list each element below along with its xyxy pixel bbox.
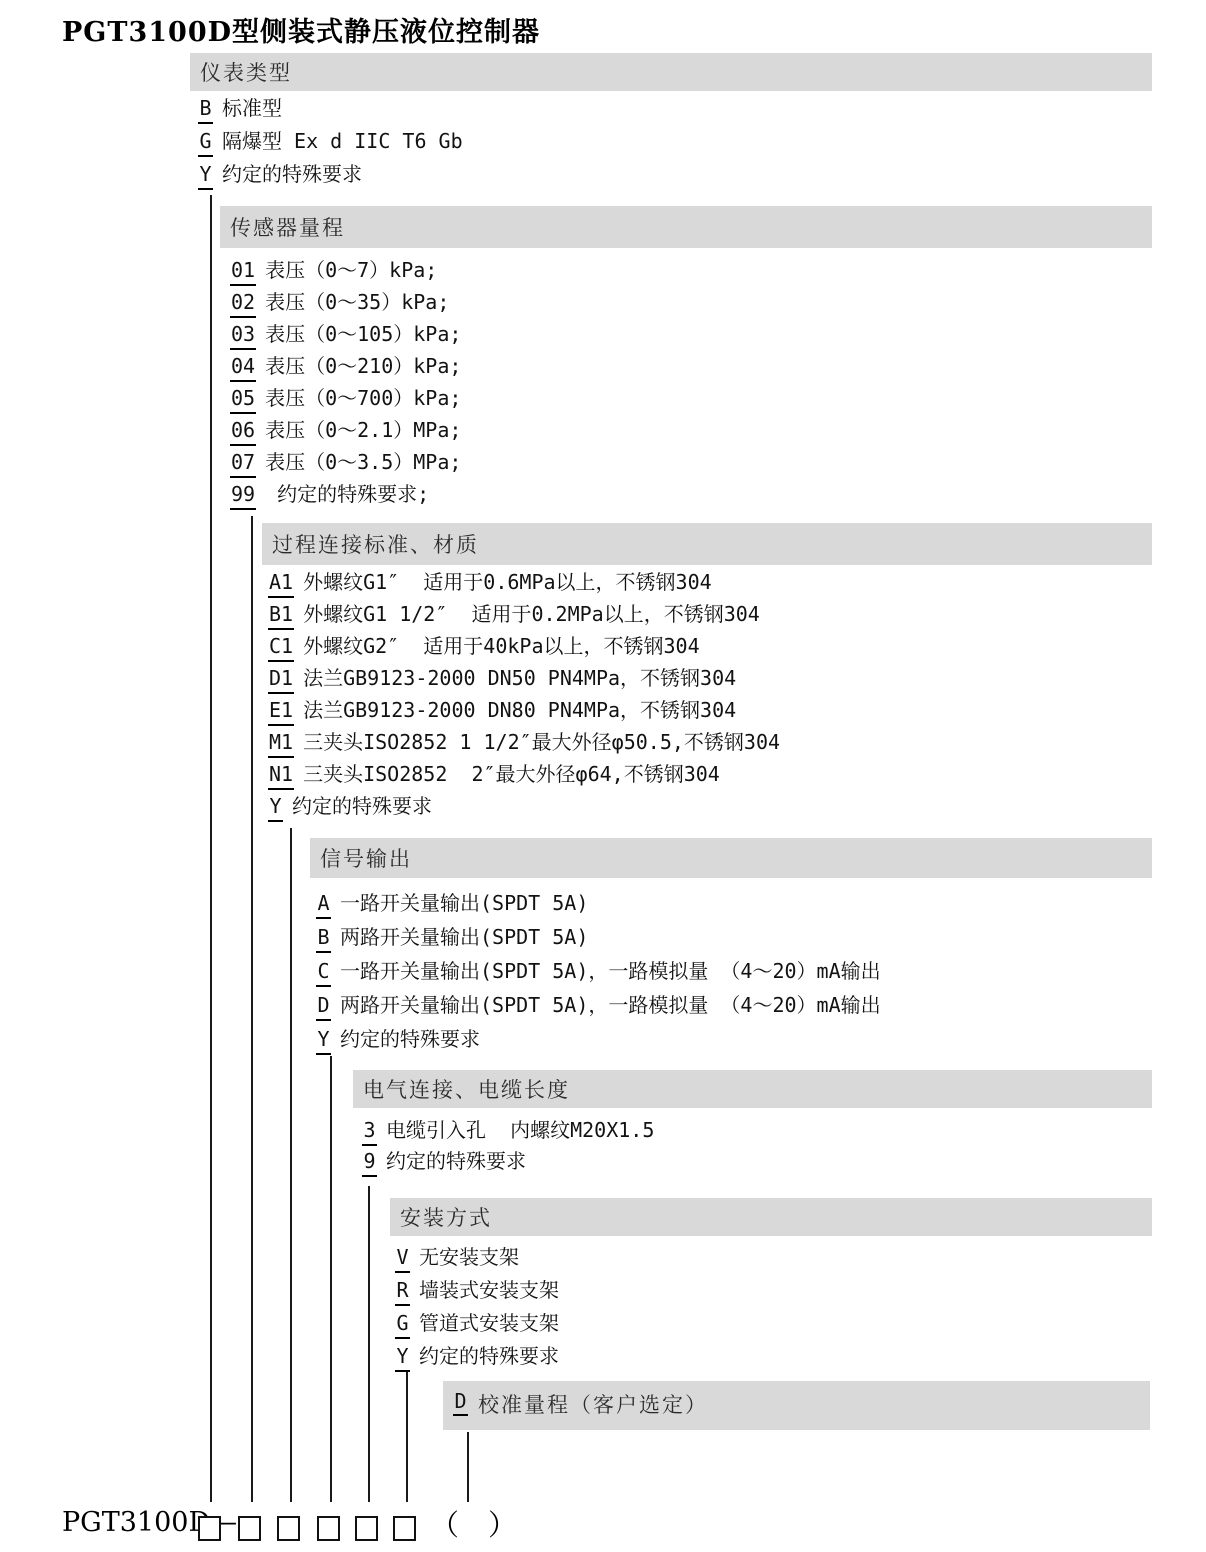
option-row: 9约定的特殊要求: [362, 1149, 654, 1180]
option-desc: 约定的特殊要求: [340, 1027, 480, 1051]
option-row: Y约定的特殊要求: [316, 1027, 881, 1061]
option-code: 06: [230, 418, 256, 446]
option-desc: 三夹头ISO2852 2″最大外径φ64,不锈钢304: [303, 762, 720, 786]
page-title: PGT3100D型侧装式静压液位控制器: [62, 10, 540, 49]
option-code: G: [395, 1311, 410, 1339]
option-list: 3电缆引入孔 内螺纹M20X1.59约定的特殊要求: [362, 1118, 654, 1180]
option-code: Y: [268, 794, 283, 822]
option-list: B标准型G隔爆型 Ex d IIC T6 GbY约定的特殊要求: [198, 96, 463, 195]
option-code: D1: [268, 666, 294, 694]
option-row: A1外螺纹G1″ 适用于0.6MPa以上，不锈钢304: [268, 570, 780, 602]
option-desc: 三夹头ISO2852 1 1/2″最大外径φ50.5,不锈钢304: [303, 730, 780, 754]
section-header-code: D: [453, 1389, 468, 1416]
option-row: D1法兰GB9123-2000 DN50 PN4MPa，不锈钢304: [268, 666, 780, 698]
option-code: C: [316, 959, 331, 987]
option-desc: 约定的特殊要求: [419, 1344, 559, 1368]
option-code: 03: [230, 322, 256, 350]
option-list: A1外螺纹G1″ 适用于0.6MPa以上，不锈钢304B1外螺纹G1 1/2″ …: [268, 570, 780, 826]
option-row: G隔爆型 Ex d IIC T6 Gb: [198, 129, 463, 162]
option-row: C1外螺纹G2″ 适用于40kPa以上，不锈钢304: [268, 634, 780, 666]
option-desc: 表压（0～35）kPa;: [265, 290, 449, 314]
option-code: A1: [268, 570, 294, 598]
section-header-label: 电气连接、电缆长度: [363, 1074, 570, 1104]
option-desc: 墙装式安装支架: [419, 1278, 559, 1302]
section-header-bar: 安装方式: [390, 1198, 1152, 1236]
option-code: D: [316, 993, 331, 1021]
option-desc: 约定的特殊要求: [386, 1149, 526, 1173]
option-desc: 表压（0～700）kPa;: [265, 386, 461, 410]
option-desc: 法兰GB9123-2000 DN80 PN4MPa，不锈钢304: [303, 698, 736, 722]
connector-line-signal-output: [330, 1056, 332, 1502]
option-desc: 外螺纹G2″ 适用于40kPa以上，不锈钢304: [303, 634, 700, 658]
model-code-box: [277, 1516, 300, 1541]
option-desc: 标准型: [222, 96, 282, 120]
option-row: 99 约定的特殊要求;: [230, 482, 461, 514]
option-desc: 表压（0～3.5）MPa;: [265, 450, 461, 474]
section-header-bar: 过程连接标准、材质: [262, 523, 1152, 565]
option-desc: 管道式安装支架: [419, 1311, 559, 1335]
option-code: 05: [230, 386, 256, 414]
option-code: B1: [268, 602, 294, 630]
option-row: Y约定的特殊要求: [198, 162, 463, 195]
option-desc: 表压（0～2.1）MPa;: [265, 418, 461, 442]
option-row: 07表压（0～3.5）MPa;: [230, 450, 461, 482]
connector-line-instrument-type: [210, 195, 212, 1502]
option-list: A一路开关量输出(SPDT 5A)B两路开关量输出(SPDT 5A)C一路开关量…: [316, 891, 881, 1061]
option-row: 02表压（0～35）kPa;: [230, 290, 461, 322]
model-paren-open: （: [430, 1503, 459, 1544]
option-code: C1: [268, 634, 294, 662]
option-row: G管道式安装支架: [395, 1311, 559, 1344]
option-code: E1: [268, 698, 294, 726]
option-desc: 约定的特殊要求: [222, 162, 362, 186]
connector-line-calibrated-range: [467, 1432, 469, 1502]
option-code: A: [316, 891, 331, 919]
option-desc: 外螺纹G1 1/2″ 适用于0.2MPa以上，不锈钢304: [303, 602, 760, 626]
option-row: N1三夹头ISO2852 2″最大外径φ64,不锈钢304: [268, 762, 780, 794]
option-code: Y: [395, 1344, 410, 1372]
option-row: E1法兰GB9123-2000 DN80 PN4MPa，不锈钢304: [268, 698, 780, 730]
option-desc: 两路开关量输出(SPDT 5A): [340, 925, 588, 949]
option-code: N1: [268, 762, 294, 790]
option-desc: 两路开关量输出(SPDT 5A)，一路模拟量 （4～20）mA输出: [340, 993, 881, 1017]
option-code: 07: [230, 450, 256, 478]
option-code: 9: [362, 1149, 377, 1177]
model-code-box: [393, 1516, 416, 1541]
option-code: Y: [316, 1027, 331, 1055]
section-header-label: 仪表类型: [200, 57, 292, 87]
option-row: 05表压（0～700）kPa;: [230, 386, 461, 418]
option-row: R墙装式安装支架: [395, 1278, 559, 1311]
option-desc: 外螺纹G1″ 适用于0.6MPa以上，不锈钢304: [303, 570, 712, 594]
option-code: R: [395, 1278, 410, 1306]
section-header-bar: 传感器量程: [220, 206, 1152, 248]
option-code: 02: [230, 290, 256, 318]
option-code: 99: [230, 482, 256, 510]
option-desc: 隔爆型 Ex d IIC T6 Gb: [222, 129, 463, 153]
option-row: Y约定的特殊要求: [395, 1344, 559, 1377]
option-code: B: [198, 96, 213, 124]
section-header-bar: 电气连接、电缆长度: [353, 1070, 1152, 1108]
connector-line-electrical-connection: [368, 1186, 370, 1502]
model-paren-close: ）: [488, 1503, 517, 1544]
option-row: 03表压（0～105）kPa;: [230, 322, 461, 354]
section-header-bar: 信号输出: [310, 838, 1152, 878]
model-code-box: [238, 1516, 261, 1541]
option-row: 3电缆引入孔 内螺纹M20X1.5: [362, 1118, 654, 1149]
option-row: A一路开关量输出(SPDT 5A): [316, 891, 881, 925]
model-code-box: [198, 1516, 221, 1541]
section-header-bar: 仪表类型: [190, 53, 1152, 91]
option-desc: 表压（0～7）kPa;: [265, 258, 437, 282]
option-row: V无安装支架: [395, 1245, 559, 1278]
connector-line-sensor-range: [251, 516, 253, 1502]
option-desc: 表压（0～210）kPa;: [265, 354, 461, 378]
section-header-bar: D校准量程（客户选定）: [443, 1381, 1150, 1430]
section-header-label: 校准量程（客户选定）: [478, 1389, 708, 1419]
order-code-document: PGT3100D型侧装式静压液位控制器 仪表类型 B标准型G隔爆型 Ex d I…: [0, 0, 1206, 1552]
option-desc: 无安装支架: [419, 1245, 519, 1269]
connector-line-process-connection: [290, 828, 292, 1502]
option-row: C一路开关量输出(SPDT 5A)，一路模拟量 （4～20）mA输出: [316, 959, 881, 993]
option-desc: 表压（0～105）kPa;: [265, 322, 461, 346]
model-code-box: [355, 1516, 378, 1541]
option-code: V: [395, 1245, 410, 1273]
option-desc: 约定的特殊要求;: [265, 482, 429, 506]
option-desc: 电缆引入孔 内螺纹M20X1.5: [386, 1118, 654, 1142]
option-row: Y约定的特殊要求: [268, 794, 780, 826]
option-row: B1外螺纹G1 1/2″ 适用于0.2MPa以上，不锈钢304: [268, 602, 780, 634]
option-code: 01: [230, 258, 256, 286]
option-desc: 法兰GB9123-2000 DN50 PN4MPa，不锈钢304: [303, 666, 736, 690]
option-list: 01表压（0～7）kPa;02表压（0～35）kPa;03表压（0～105）kP…: [230, 258, 461, 514]
model-code-box: [317, 1516, 340, 1541]
option-code: M1: [268, 730, 294, 758]
option-desc: 一路开关量输出(SPDT 5A): [340, 891, 588, 915]
section-header-label: 传感器量程: [230, 212, 345, 242]
option-row: B两路开关量输出(SPDT 5A): [316, 925, 881, 959]
option-desc: 约定的特殊要求: [292, 794, 432, 818]
section-header-label: 信号输出: [320, 843, 412, 873]
section-header-label: 过程连接标准、材质: [272, 529, 479, 559]
option-row: 06表压（0～2.1）MPa;: [230, 418, 461, 450]
option-list: V无安装支架R墙装式安装支架G管道式安装支架Y约定的特殊要求: [395, 1245, 559, 1377]
option-desc: 一路开关量输出(SPDT 5A)，一路模拟量 （4～20）mA输出: [340, 959, 881, 983]
option-code: G: [198, 129, 213, 157]
option-row: 04表压（0～210）kPa;: [230, 354, 461, 386]
option-code: B: [316, 925, 331, 953]
option-row: M1三夹头ISO2852 1 1/2″最大外径φ50.5,不锈钢304: [268, 730, 780, 762]
connector-line-mounting-type: [406, 1372, 408, 1502]
option-code: Y: [198, 162, 213, 190]
option-row: B标准型: [198, 96, 463, 129]
option-row: D两路开关量输出(SPDT 5A)，一路模拟量 （4～20）mA输出: [316, 993, 881, 1027]
option-code: 3: [362, 1118, 377, 1146]
section-header-label: 安装方式: [400, 1202, 492, 1232]
option-row: 01表压（0～7）kPa;: [230, 258, 461, 290]
option-code: 04: [230, 354, 256, 382]
